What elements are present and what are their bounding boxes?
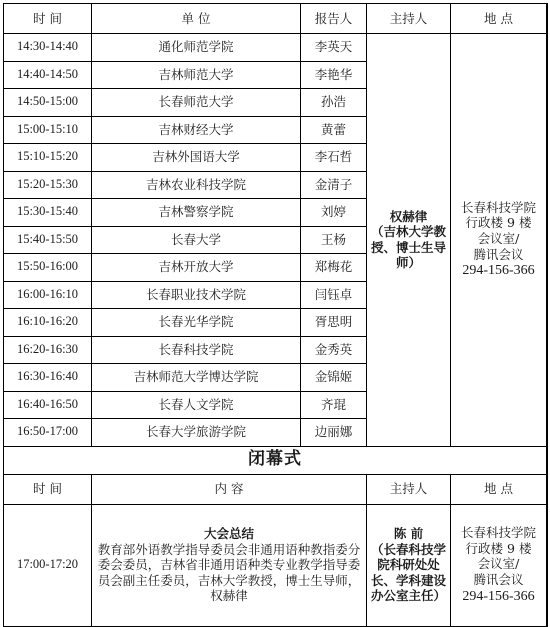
host-title-line: 授、博士生导 — [369, 240, 448, 256]
closing-content-title: 大会总结 — [96, 526, 362, 542]
time-cell: 14:50-15:00 — [4, 89, 92, 117]
speaker-cell: 李艳华 — [301, 61, 367, 89]
closing-host-title-line: 长、学科建设 — [369, 573, 448, 589]
closing-row: 17:00-17:20 大会总结 教育部外语教学指导委员会非通用语种教指委分 委… — [4, 504, 547, 626]
unit-cell: 长春光华学院 — [92, 309, 301, 337]
unit-cell: 吉林农业科技学院 — [92, 171, 301, 199]
closing-time-cell: 17:00-17:20 — [4, 504, 92, 626]
time-cell: 16:20-16:30 — [4, 336, 92, 364]
time-cell: 15:10-15:20 — [4, 144, 92, 172]
speaker-cell: 黄蕾 — [301, 116, 367, 144]
unit-cell: 长春职业技术学院 — [92, 281, 301, 309]
speaker-cell: 刘婷 — [301, 199, 367, 227]
closing-header-venue: 地 点 — [451, 474, 547, 504]
host-title-line: （吉林大学教 — [369, 224, 448, 240]
unit-cell: 长春师范大学 — [92, 89, 301, 117]
closing-content-line: 教育部外语教学指导委员会非通用语种教指委分 — [96, 542, 362, 558]
closing-venue-line: 腾讯会议 — [451, 572, 546, 588]
closing-header-host: 主持人 — [367, 474, 451, 504]
venue-line: 腾讯会议 — [451, 247, 546, 263]
speaker-cell: 边丽娜 — [301, 419, 367, 447]
speaker-cell: 闫钰卓 — [301, 281, 367, 309]
unit-cell: 吉林师范大学 — [92, 61, 301, 89]
time-cell: 14:30-14:40 — [4, 34, 92, 62]
closing-venue-cell: 长春科技学院 行政楼 9 楼 会议室/ 腾讯会议 294-156-366 — [451, 504, 547, 626]
unit-cell: 吉林外国语大学 — [92, 144, 301, 172]
host-title-line: 师） — [369, 255, 448, 271]
time-cell: 15:40-15:50 — [4, 226, 92, 254]
closing-content-line: 权赫律 — [96, 588, 362, 604]
closing-venue-line: 长春科技学院 — [451, 525, 546, 541]
header-venue: 地 点 — [451, 4, 547, 34]
venue-line: 会议室/ — [451, 231, 546, 247]
closing-content-line: 委会委员，吉林省非通用语种类专业教学指导委 — [96, 557, 362, 573]
venue-line: 长春科技学院 — [451, 200, 546, 216]
header-speaker: 报告人 — [301, 4, 367, 34]
unit-cell: 长春科技学院 — [92, 336, 301, 364]
time-cell: 15:30-15:40 — [4, 199, 92, 227]
time-cell: 15:20-15:30 — [4, 171, 92, 199]
header-time: 时 间 — [4, 4, 92, 34]
closing-host-name: 陈 前 — [369, 526, 448, 542]
closing-content-cell: 大会总结 教育部外语教学指导委员会非通用语种教指委分 委会委员，吉林省非通用语种… — [92, 504, 367, 626]
venue-cell: 长春科技学院 行政楼 9 楼 会议室/ 腾讯会议 294-156-366 — [451, 34, 547, 447]
speaker-cell: 李英天 — [301, 34, 367, 62]
unit-cell: 长春大学旅游学院 — [92, 419, 301, 447]
header-host: 主持人 — [367, 4, 451, 34]
time-cell: 16:50-17:00 — [4, 419, 92, 447]
speaker-cell: 郑梅花 — [301, 254, 367, 282]
closing-ceremony-title: 闭幕式 — [4, 446, 547, 474]
venue-line: 行政楼 9 楼 — [451, 215, 546, 231]
page-edge-border — [546, 3, 548, 627]
closing-header-time: 时 间 — [4, 474, 92, 504]
speaker-cell: 金清子 — [301, 171, 367, 199]
speaker-cell: 齐琨 — [301, 391, 367, 419]
closing-host-title-line: （长春科技学 — [369, 542, 448, 558]
unit-cell: 吉林警察学院 — [92, 199, 301, 227]
unit-cell: 吉林开放大学 — [92, 254, 301, 282]
unit-cell: 长春人文学院 — [92, 391, 301, 419]
host-name: 权赫律 — [369, 209, 448, 225]
schedule-table: 时 间 单 位 报告人 主持人 地 点 14:30-14:40 通化师范学院 李… — [3, 3, 547, 627]
time-cell: 15:00-15:10 — [4, 116, 92, 144]
time-cell: 14:40-14:50 — [4, 61, 92, 89]
speaker-cell: 金锦姬 — [301, 364, 367, 392]
time-cell: 16:00-16:10 — [4, 281, 92, 309]
time-cell: 16:40-16:50 — [4, 391, 92, 419]
unit-cell: 长春大学 — [92, 226, 301, 254]
unit-cell: 吉林师范大学博达学院 — [92, 364, 301, 392]
unit-cell: 通化师范学院 — [92, 34, 301, 62]
closing-host-title-line: 办公室主任） — [369, 588, 448, 604]
closing-content-line: 员会副主任委员，吉林大学教授，博士生导师， — [96, 573, 362, 589]
time-cell: 15:50-16:00 — [4, 254, 92, 282]
speaker-cell: 金秀英 — [301, 336, 367, 364]
closing-title-row: 闭幕式 — [4, 446, 547, 474]
speaker-cell: 孙浩 — [301, 89, 367, 117]
closing-host-title-line: 院科研处处 — [369, 557, 448, 573]
table-row: 14:30-14:40 通化师范学院 李英天 权赫律 （吉林大学教 授、博士生导… — [4, 34, 547, 62]
header-row: 时 间 单 位 报告人 主持人 地 点 — [4, 4, 547, 34]
host-cell: 权赫律 （吉林大学教 授、博士生导 师） — [367, 34, 451, 447]
speaker-cell: 王杨 — [301, 226, 367, 254]
closing-host-cell: 陈 前 （长春科技学 院科研处处 长、学科建设 办公室主任） — [367, 504, 451, 626]
closing-venue-line: 行政楼 9 楼 — [451, 541, 546, 557]
speaker-cell: 李石哲 — [301, 144, 367, 172]
time-cell: 16:10-16:20 — [4, 309, 92, 337]
unit-cell: 吉林财经大学 — [92, 116, 301, 144]
speaker-cell: 胥思明 — [301, 309, 367, 337]
time-cell: 16:30-16:40 — [4, 364, 92, 392]
closing-meeting-id: 294-156-366 — [451, 588, 546, 606]
meeting-id: 294-156-366 — [451, 262, 546, 280]
closing-header-content: 内 容 — [92, 474, 367, 504]
closing-venue-line: 会议室/ — [451, 556, 546, 572]
closing-header-row: 时 间 内 容 主持人 地 点 — [4, 474, 547, 504]
header-unit: 单 位 — [92, 4, 301, 34]
